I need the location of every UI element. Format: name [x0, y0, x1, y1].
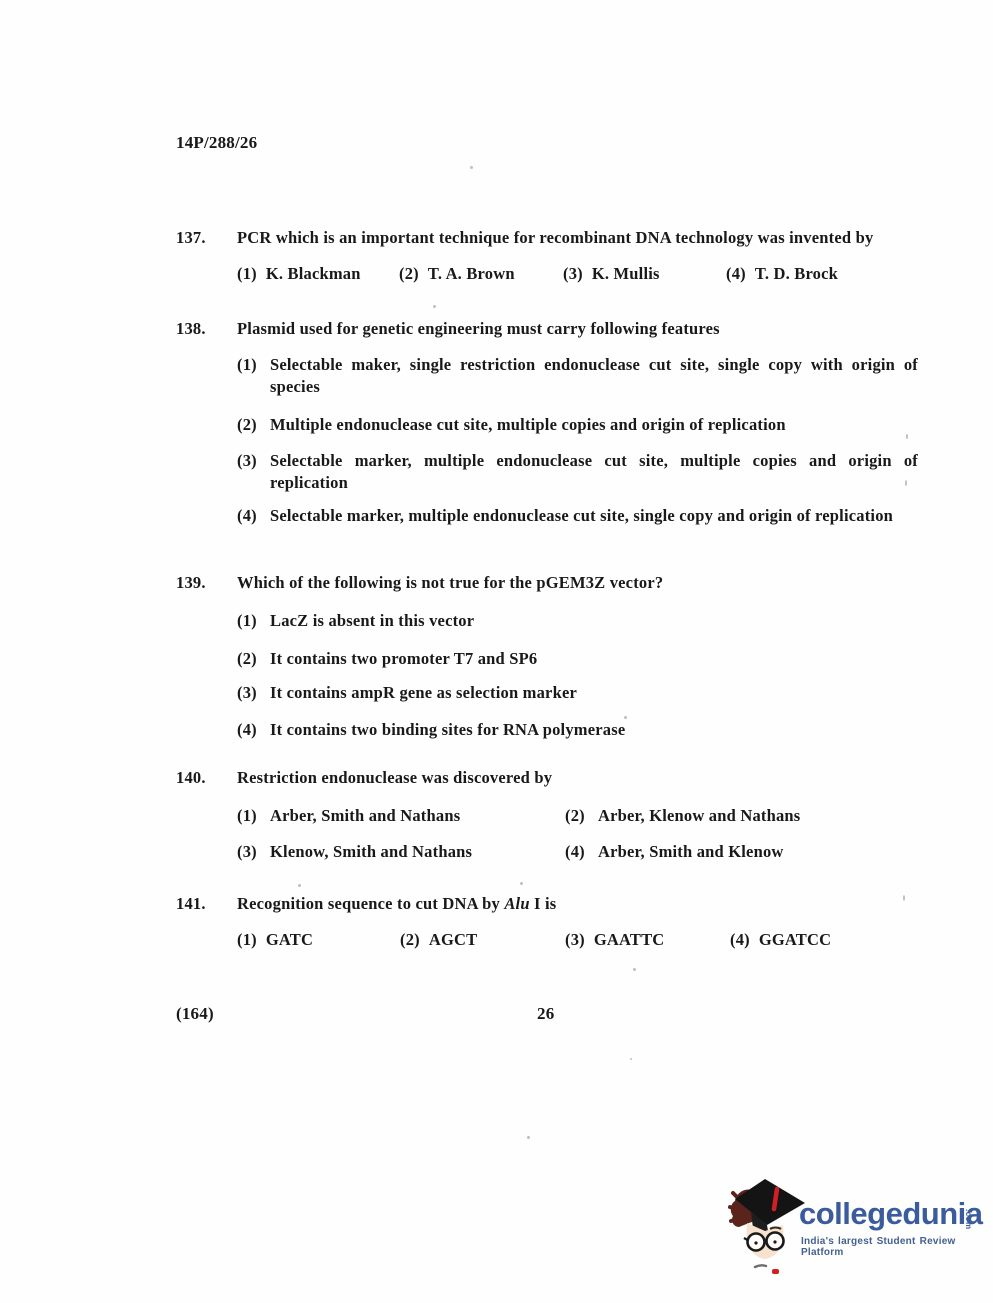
option-marker: (3): [237, 682, 270, 704]
question-138: 138. Plasmid used for genetic engineerin…: [176, 318, 918, 553]
scan-noise-speck: [520, 882, 523, 885]
option-3: (3) It contains ampR gene as selection m…: [237, 682, 918, 704]
option-text: T. D. Brock: [755, 264, 838, 283]
option-text: K. Blackman: [266, 264, 361, 283]
question-number: 138.: [176, 318, 237, 340]
option-marker: (2): [565, 805, 598, 827]
scan-noise-speck: [905, 480, 907, 486]
collegedunia-mascot-icon: [725, 1179, 807, 1275]
question-number: 141.: [176, 893, 237, 915]
scan-noise-speck: [433, 305, 436, 308]
option-marker: (4): [730, 930, 750, 949]
page-number: 26: [537, 1003, 554, 1025]
option-2: (2) Arber, Klenow and Nathans: [565, 805, 800, 827]
scan-noise-speck: [633, 968, 636, 971]
question-text-before: Recognition sequence to cut DNA by: [237, 894, 504, 913]
question-140: 140. Restriction endonuclease was discov…: [176, 767, 918, 867]
paper-code: 14P/288/26: [176, 132, 257, 154]
option-marker: (2): [237, 414, 270, 436]
option-text: GGATCC: [759, 930, 831, 949]
option-text: AGCT: [429, 930, 477, 949]
question-number: 137.: [176, 227, 237, 249]
option-text: Selectable marker, multiple endonuclease…: [270, 450, 918, 494]
option-marker: (2): [237, 648, 270, 670]
option-1: (1) Arber, Smith and Nathans: [237, 805, 460, 827]
logo-tagline: India's largest Student Review Platform: [801, 1236, 989, 1258]
option-text: Arber, Smith and Klenow: [598, 841, 784, 863]
question-text-after: I is: [530, 894, 557, 913]
option-3: (3) Klenow, Smith and Nathans: [237, 841, 472, 863]
scan-noise-speck: [903, 895, 905, 901]
scan-noise-speck: [298, 884, 301, 887]
option-text: Selectable marker, multiple endonuclease…: [270, 505, 918, 527]
option-marker: (3): [563, 264, 583, 283]
option-2: (2) Multiple endonuclease cut site, mult…: [237, 414, 918, 436]
option-3: (3) Selectable marker, multiple endonucl…: [237, 450, 918, 494]
option-marker: (4): [726, 264, 746, 283]
option-text: It contains ampR gene as selection marke…: [270, 682, 918, 704]
option-1: (1) Selectable maker, single restriction…: [237, 354, 918, 398]
question-141: 141. Recognition sequence to cut DNA by …: [176, 893, 918, 957]
question-141-options: (1)GATC (2)AGCT (3)GAATTC (4)GGATCC: [176, 929, 918, 951]
option-1: (1) LacZ is absent in this vector: [237, 610, 918, 632]
option-marker: (3): [237, 450, 270, 494]
option-marker: (1): [237, 930, 257, 949]
question-text: Which of the following is not true for t…: [237, 572, 918, 594]
option-text: LacZ is absent in this vector: [270, 610, 918, 632]
scan-noise-speck: [527, 1136, 530, 1139]
question-text: Restriction endonuclease was discovered …: [237, 767, 918, 789]
scan-noise-speck: [906, 434, 908, 439]
option-4: (4) Arber, Smith and Klenow: [565, 841, 784, 863]
question-139-head: 139. Which of the following is not true …: [176, 572, 918, 594]
option-marker: (2): [400, 930, 420, 949]
option-1: (1)GATC: [237, 929, 313, 951]
collegedunia-wordmark: collegedunia .com: [799, 1197, 993, 1237]
option-marker: (1): [237, 805, 270, 827]
question-137: 137. PCR which is an important technique…: [176, 227, 918, 289]
question-number: 140.: [176, 767, 237, 789]
option-text: Multiple endonuclease cut site, multiple…: [270, 414, 918, 436]
scan-noise-speck: [630, 1058, 632, 1060]
scan-noise-speck: [624, 716, 627, 719]
option-marker: (1): [237, 610, 270, 632]
option-text: Arber, Klenow and Nathans: [598, 805, 800, 827]
enzyme-name-italic: Alu: [504, 894, 529, 913]
question-141-head: 141. Recognition sequence to cut DNA by …: [176, 893, 918, 915]
option-marker: (2): [399, 264, 419, 283]
option-4: (4)T. D. Brock: [726, 263, 838, 285]
wordmark-tld: .com: [951, 1209, 985, 1230]
booklet-series: (164): [176, 1003, 214, 1025]
option-4: (4) Selectable marker, multiple endonucl…: [237, 505, 918, 527]
question-text: Recognition sequence to cut DNA by Alu I…: [237, 893, 918, 915]
question-139: 139. Which of the following is not true …: [176, 572, 918, 744]
option-text: GATC: [266, 930, 313, 949]
question-140-head: 140. Restriction endonuclease was discov…: [176, 767, 918, 789]
question-number: 139.: [176, 572, 237, 594]
question-137-head: 137. PCR which is an important technique…: [176, 227, 918, 249]
option-text: It contains two promoter T7 and SP6: [270, 648, 918, 670]
option-2: (2)T. A. Brown: [399, 263, 515, 285]
scanned-exam-page: 14P/288/26 137. PCR which is an importan…: [0, 0, 993, 1303]
option-marker: (1): [237, 264, 257, 283]
question-138-head: 138. Plasmid used for genetic engineerin…: [176, 318, 918, 340]
option-marker: (3): [565, 930, 585, 949]
option-2: (2)AGCT: [400, 929, 477, 951]
option-marker: (4): [237, 719, 270, 741]
scan-noise-speck: [470, 166, 473, 169]
option-marker: (1): [237, 354, 270, 398]
option-text: It contains two binding sites for RNA po…: [270, 719, 918, 741]
option-marker: (3): [237, 841, 270, 863]
question-text: Plasmid used for genetic engineering mus…: [237, 318, 918, 340]
option-1: (1)K. Blackman: [237, 263, 361, 285]
option-text: K. Mullis: [592, 264, 660, 283]
option-text: Selectable maker, single restriction end…: [270, 354, 918, 398]
option-text: Arber, Smith and Nathans: [270, 805, 460, 827]
question-text: PCR which is an important technique for …: [237, 227, 918, 249]
option-4: (4) It contains two binding sites for RN…: [237, 719, 918, 741]
option-3: (3)GAATTC: [565, 929, 664, 951]
option-3: (3)K. Mullis: [563, 263, 660, 285]
option-text: T. A. Brown: [428, 264, 515, 283]
option-2: (2) It contains two promoter T7 and SP6: [237, 648, 918, 670]
question-137-options: (1)K. Blackman (2)T. A. Brown (3)K. Mull…: [176, 263, 918, 285]
option-text: GAATTC: [594, 930, 665, 949]
option-marker: (4): [565, 841, 598, 863]
collegedunia-logo: collegedunia .com India's largest Studen…: [727, 1181, 989, 1281]
option-4: (4)GGATCC: [730, 929, 831, 951]
option-marker: (4): [237, 505, 270, 527]
option-text: Klenow, Smith and Nathans: [270, 841, 472, 863]
